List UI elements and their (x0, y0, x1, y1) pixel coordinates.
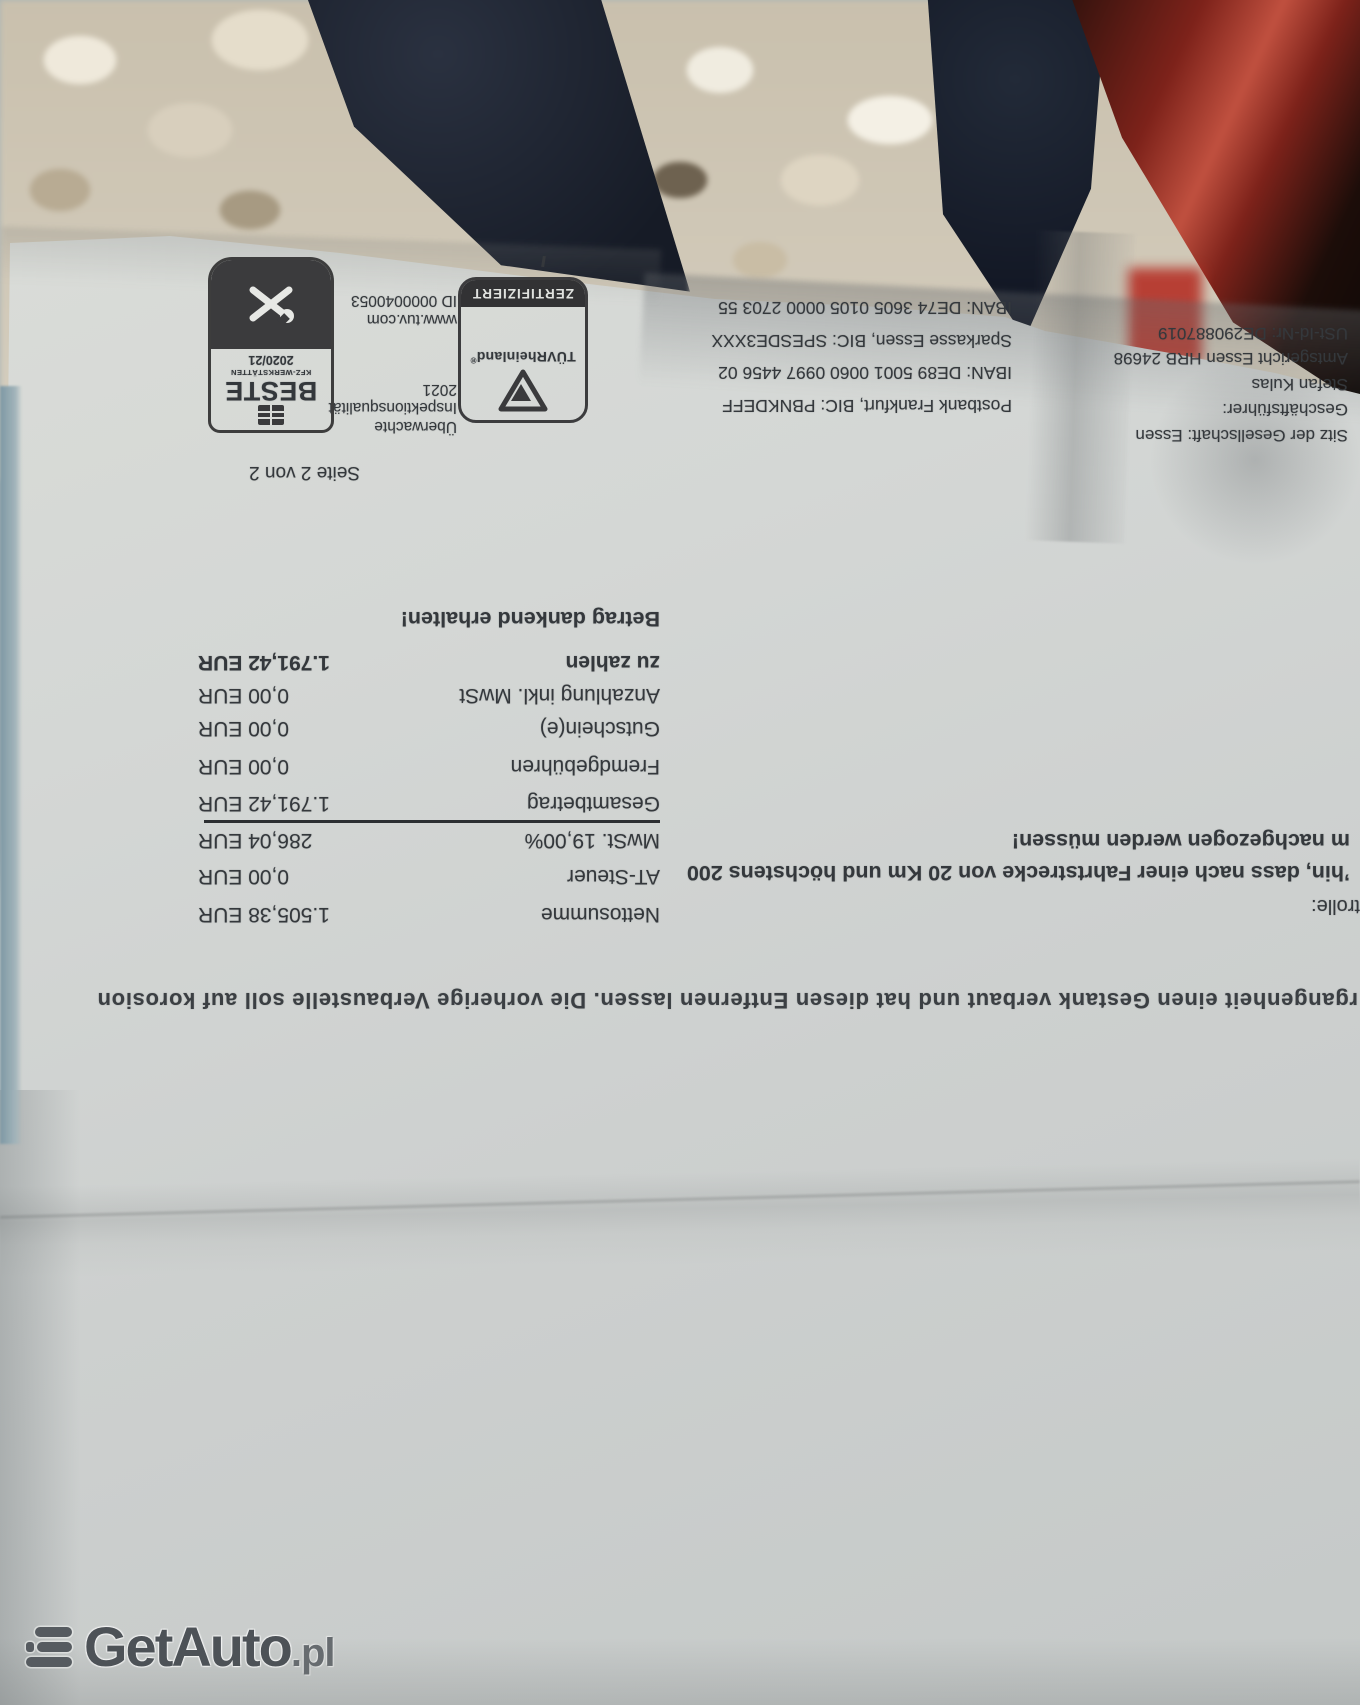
tuv-info-block: Überwachte Inspektionsqualität 2021 (329, 380, 457, 436)
company-line: Amtsgericht Essen HRB 24698 (1114, 346, 1348, 372)
tuv-badge: TÜVRheinland® ZERTIFIZIERT (458, 277, 588, 423)
tuv-triangle-icon (497, 367, 549, 413)
table-row: Gutschein(e) 0,00 EUR (198, 716, 660, 740)
bank-line: Sparkasse Essen, BIC: SPESDE3XXX (711, 325, 1012, 358)
tuv-url-block: www.tuv.com ID 0000040053 (351, 291, 457, 328)
tuv-info-line: 2021 (329, 380, 457, 399)
getauto-logo-icon (26, 1627, 72, 1667)
row-label: Anzahlung inkl. MwSt (459, 683, 660, 707)
photo-stage: rgangenheit einen Gestank verbaut und ha… (0, 0, 1360, 1705)
beste-subtitle: KFZ-WERKSTÄTTEN (231, 368, 312, 377)
table-row-total-due: zu zahlen 1.791,42 EUR (198, 650, 660, 674)
table-row: Fremdgebühren 0,00 EUR (198, 754, 660, 778)
row-value: 1.505,38 EUR (198, 902, 330, 926)
company-info: Sitz der Gesellschaft: Essen Geschäftsfü… (1114, 321, 1348, 449)
autobild-logo-icon (258, 405, 284, 425)
row-value: 0,00 EUR (198, 864, 289, 888)
page-number: Seite 2 von 2 (249, 461, 360, 483)
logo-bar-top (35, 1627, 72, 1637)
tuv-cert-bar: ZERTIFIZIERT (461, 280, 585, 307)
row-value: 1.791,42 EUR (198, 791, 330, 815)
beste-badge: BESTE KFZ-WERKSTÄTTEN 2020/21 (208, 257, 334, 433)
table-row: Anzahlung inkl. MwSt 0,00 EUR (198, 683, 660, 707)
beste-season: 2020/21 (248, 353, 293, 367)
company-line: Stefan Kulas (1114, 372, 1348, 398)
row-value: 0,00 EUR (198, 754, 289, 778)
row-value: 0,00 EUR (198, 683, 289, 707)
totals-rule (204, 820, 660, 823)
row-label: MwSt. 19,00% (525, 828, 660, 852)
row-value: 286,04 EUR (198, 828, 312, 852)
watermark: GetAuto .pl (26, 1614, 335, 1679)
company-line: Sitz der Gesellschaft: Essen (1114, 423, 1348, 449)
row-value: 0,00 EUR (198, 716, 289, 740)
row-value: 1.791,42 EUR (198, 650, 330, 674)
wrench-screwdriver-icon (244, 282, 298, 328)
logo-dot (26, 1642, 34, 1652)
tuv-url-line: www.tuv.com (351, 310, 457, 329)
bank-line: IBAN: DE89 5001 0060 0997 4456 02 (711, 357, 1012, 390)
table-row: AT-Steuer 0,00 EUR (198, 864, 660, 888)
thanks-line: Betrag dankend erhalten! (401, 606, 660, 631)
logo-bar-middle-row (26, 1642, 72, 1652)
watermark-brand: GetAuto (84, 1614, 291, 1679)
note-line-1: ’hin, dass nach einer Fahrtstrecke von 2… (687, 860, 1350, 885)
row-label: Gutschein(e) (540, 716, 660, 740)
row-label: Nettosumme (541, 902, 660, 926)
beste-tools-section (211, 260, 331, 349)
note-line-2: m nachgezogen werden müssen! (1012, 828, 1350, 853)
watermark-wordmark: GetAuto .pl (84, 1614, 335, 1679)
tuv-id-line: ID 0000040053 (351, 291, 457, 310)
table-row: Nettosumme 1.505,38 EUR (198, 902, 660, 926)
printed-content: rgangenheit einen Gestank verbaut und ha… (0, 230, 1360, 1705)
registered-mark: ® (470, 356, 476, 365)
bank-line: Postbank Frankfurt, BIC: PBNKDEFF (711, 390, 1012, 423)
tuv-info-line: Überwachte (329, 417, 457, 436)
beste-title: BESTE (225, 377, 318, 405)
company-line: USt-Id-Nr: DE290887019 (1114, 321, 1348, 347)
note-label-cut: trolle: (1311, 894, 1360, 917)
remark-line: rgangenheit einen Gestank verbaut und ha… (97, 987, 1358, 1013)
bank-info: Postbank Frankfurt, BIC: PBNKDEFF IBAN: … (711, 292, 1012, 422)
table-row: Gesamtbetrag 1.791,42 EUR (198, 791, 660, 815)
logo-bar-middle (37, 1642, 72, 1652)
bank-line: IBAN: DE74 3605 0105 0000 2703 55 (711, 292, 1012, 325)
row-label: Gesamtbetrag (527, 791, 660, 815)
tuv-brand: TÜVRheinland® (470, 349, 575, 365)
row-label: AT-Steuer (567, 864, 660, 888)
row-label: Fremdgebühren (511, 754, 660, 778)
company-line: Geschäftsführer: (1114, 397, 1348, 423)
logo-bar-bottom (26, 1657, 72, 1667)
watermark-tld: .pl (291, 1631, 335, 1676)
row-label: zu zahlen (565, 650, 660, 674)
tuv-info-line: Inspektionsqualität (329, 398, 457, 417)
table-row: MwSt. 19,00% 286,04 EUR (198, 828, 660, 852)
